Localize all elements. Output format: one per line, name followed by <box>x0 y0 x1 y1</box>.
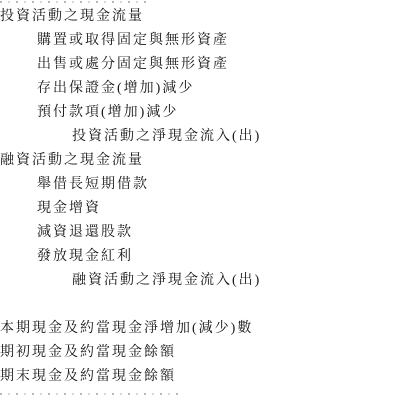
section-title-financing-activities: 融資活動之現金流量 <box>0 149 400 173</box>
line-item-disposal-fixed-intangible-assets: 出售或處分固定與無形資產 <box>0 53 400 77</box>
clipped-previous-line-remnant <box>0 1 148 3</box>
line-item-beginning-cash-balance: 期初現金及約當現金餘額 <box>0 341 400 365</box>
line-item-cash-dividends: 發放現金紅利 <box>0 245 400 269</box>
subtotal-net-cash-investing: 投資活動之淨現金流入(出) <box>0 125 400 149</box>
section-title-investing-activities: 投資活動之現金流量 <box>0 5 400 29</box>
cash-flow-statement-document: 投資活動之現金流量 購置或取得固定與無形資產 出售或處分固定與無形資產 存出保證… <box>0 0 400 395</box>
line-item-prepayments-change: 預付款項(增加)減少 <box>0 101 400 125</box>
blank-line <box>0 293 400 317</box>
subtotal-net-cash-financing: 融資活動之淨現金流入(出) <box>0 269 400 293</box>
line-item-ending-cash-balance: 期末現金及約當現金餘額 <box>0 365 400 389</box>
line-item-purchase-fixed-intangible-assets: 購置或取得固定與無形資產 <box>0 29 400 53</box>
line-item-short-long-term-borrowings: 舉借長短期借款 <box>0 173 400 197</box>
line-item-guarantee-deposits-change: 存出保證金(增加)減少 <box>0 77 400 101</box>
line-item-net-increase-decrease-cash: 本期現金及約當現金淨增加(減少)數 <box>0 317 400 341</box>
line-item-capital-reduction-refund: 減資退還股款 <box>0 221 400 245</box>
line-item-cash-capital-increase: 現金增資 <box>0 197 400 221</box>
